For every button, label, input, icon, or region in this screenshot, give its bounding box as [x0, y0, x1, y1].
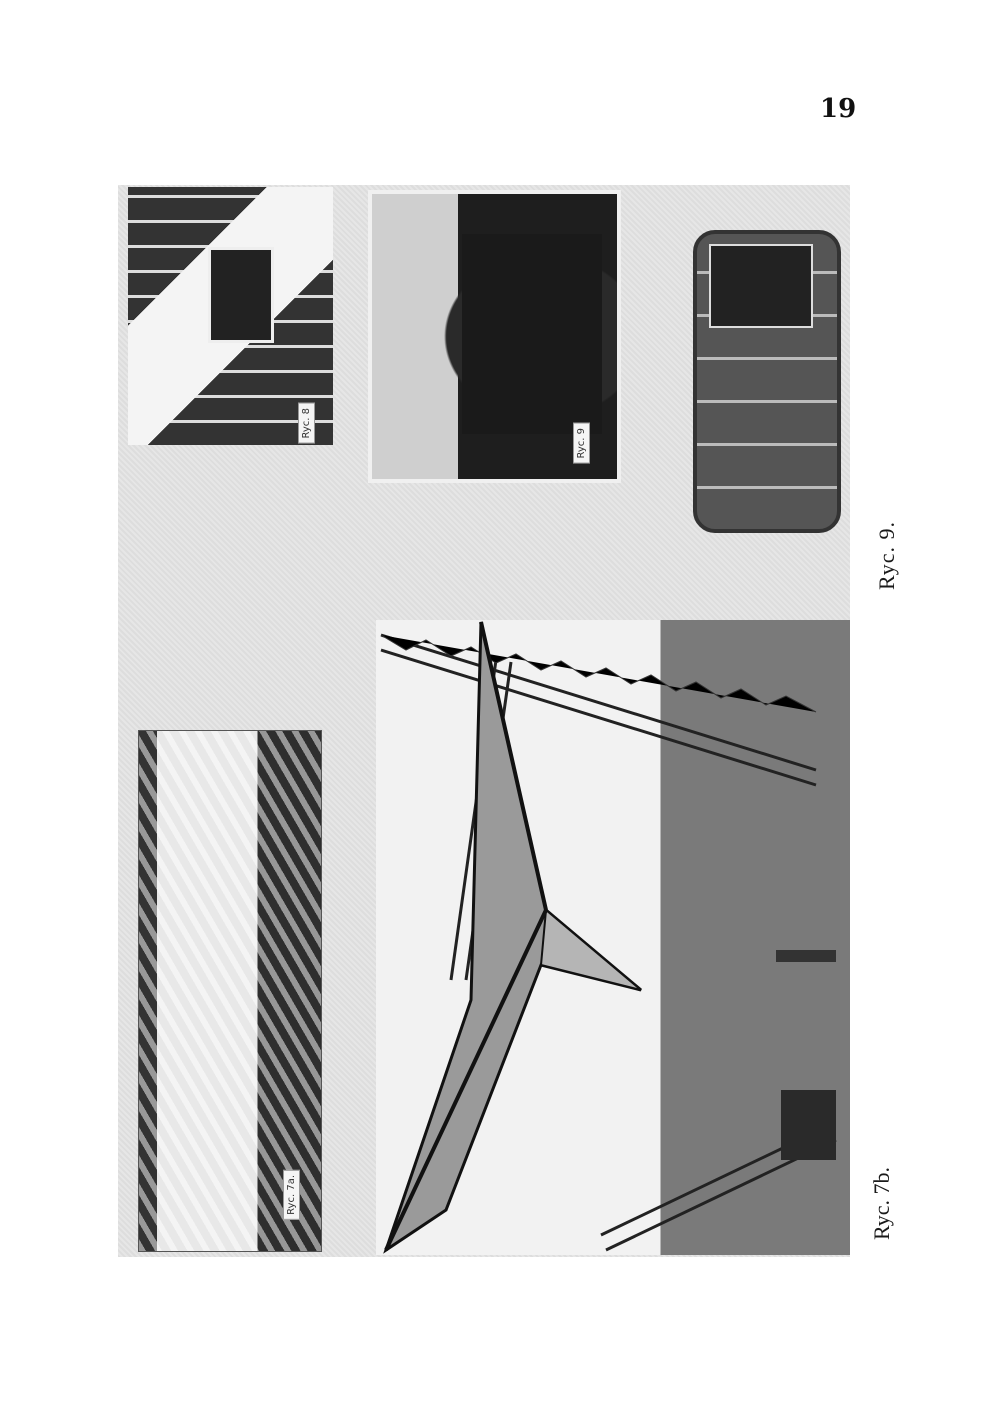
building-dark-facade: [462, 234, 602, 434]
photo-fig7b-membrane-crane: [376, 620, 850, 1255]
caption-fig7b: Ryc. 7b.: [869, 1167, 895, 1240]
photo-plate: Ryc. 8 Ryc. 9 Ryc. 7a.: [118, 185, 850, 1257]
capsule-window: [709, 244, 813, 328]
membrane-structure-illustration: [376, 620, 850, 1255]
page-number: 19: [820, 94, 856, 124]
window-detail: [208, 247, 274, 343]
photo-label-fig8: Ryc. 8: [298, 403, 315, 444]
photo-capsule-structure: [693, 230, 841, 533]
photo-label-fig7a: Ryc. 7a.: [283, 1170, 300, 1220]
photo-label-fig9: Ryc. 9: [573, 423, 590, 464]
caption-fig9: Ryc. 9.: [874, 521, 900, 590]
